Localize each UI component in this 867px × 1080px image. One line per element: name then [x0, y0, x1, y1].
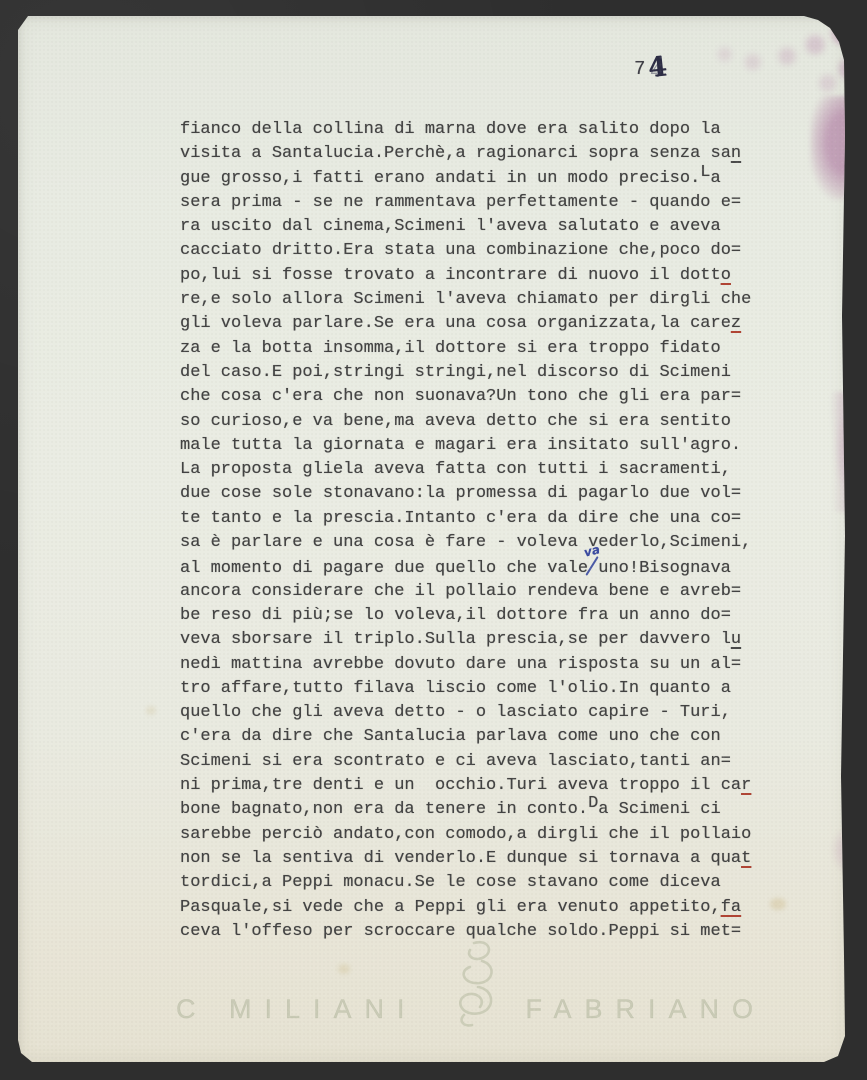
- typed-line: nedì mattina avrebbe dovuto dare una ris…: [180, 653, 751, 677]
- paper-page: C MILIANI FABRIANO 7 4 4 fianco della co…: [18, 16, 845, 1062]
- typed-text: non se la sentiva di venderlo.E dunque s…: [180, 849, 741, 868]
- typed-text-block: fianco della collina di marna dove era s…: [180, 118, 751, 944]
- typed-text: gue grosso,i fatti erano andati in un mo…: [180, 169, 700, 188]
- typed-line: za e la botta insomma,il dottore si era …: [180, 337, 751, 361]
- typed-line: sera prima - se ne rammentava perfettame…: [180, 191, 751, 215]
- typed-text: bone bagnato,non era da tenere in conto.: [180, 800, 588, 819]
- typed-line: quello che gli aveva detto - o lasciato …: [180, 701, 751, 725]
- typed-line: due cose sole stonavano:la promessa di p…: [180, 482, 751, 506]
- underlined-text: r: [741, 776, 751, 795]
- typed-line: te tanto e la prescia.Intanto c'era da d…: [180, 507, 751, 531]
- typed-text: male tutta la giornata e magari era insi…: [180, 436, 741, 455]
- typed-text: tro affare,tutto filava liscio come l'ol…: [180, 679, 731, 698]
- typed-line: po,lui si fosse trovato a incontrare di …: [180, 264, 751, 288]
- typed-text: al momento di pagare due quello che vale: [180, 559, 588, 578]
- typed-line: so curioso,e va bene,ma aveva detto che …: [180, 410, 751, 434]
- typed-line: c'era da dire che Santalucia parlava com…: [180, 725, 751, 749]
- typed-text: a Scimeni ci: [598, 800, 720, 819]
- typed-text: sarebbe perciò andato,con comodo,a dirgl…: [180, 825, 751, 844]
- typed-line: non se la sentiva di venderlo.E dunque s…: [180, 847, 751, 871]
- age-spot: [770, 898, 786, 910]
- pink-smudge-lower-right: [830, 824, 860, 876]
- typed-line: ra uscito dal cinema,Scimeni l'aveva sal…: [180, 215, 751, 239]
- typed-text: ceva l'offeso per scroccare qualche sold…: [180, 922, 741, 941]
- pink-stain-right-edge: [810, 96, 864, 200]
- typed-text: c'era da dire che Santalucia parlava com…: [180, 727, 721, 746]
- typed-line: ceva l'offeso per scroccare qualche sold…: [180, 920, 751, 944]
- watermark-text-left: C MILIANI: [176, 994, 418, 1025]
- page-number-handwritten: 4: [646, 51, 668, 84]
- age-spot: [338, 964, 350, 974]
- typed-text: gli voleva parlare.Se era una cosa organ…: [180, 314, 731, 333]
- typed-text: veva sborsare il triplo.Sulla prescia,se…: [180, 630, 731, 649]
- raised-letter: L: [700, 161, 710, 185]
- typed-text: uno!Bisognava: [598, 559, 731, 578]
- handwritten-insertion: va: [588, 555, 598, 572]
- underlined-text: n: [731, 144, 741, 163]
- typed-line: tro affare,tutto filava liscio come l'ol…: [180, 677, 751, 701]
- typed-text: za e la botta insomma,il dottore si era …: [180, 339, 721, 358]
- typed-line: che cosa c'era che non suonava?Un tono c…: [180, 385, 751, 409]
- typed-line: ancora considerare che il pollaio rendev…: [180, 580, 751, 604]
- underlined-text: u: [731, 630, 741, 649]
- typed-text: ra uscito dal cinema,Scimeni l'aveva sal…: [180, 217, 721, 236]
- typed-text: tordici,a Peppi monacu.Se le cose stavan…: [180, 873, 721, 892]
- typed-text: che cosa c'era che non suonava?Un tono c…: [180, 387, 741, 406]
- typed-line: bone bagnato,non era da tenere in conto.…: [180, 798, 751, 822]
- typed-text: cacciato dritto.Era stata una combinazio…: [180, 241, 741, 260]
- typed-text: del caso.E poi,stringi stringi,nel disco…: [180, 363, 731, 382]
- typed-line: gue grosso,i fatti erano andati in un mo…: [180, 167, 751, 191]
- typed-line: Pasquale,si vede che a Peppi gli era ven…: [180, 896, 751, 920]
- watermark-emblem-icon: [444, 937, 500, 1029]
- typed-line: veva sborsare il triplo.Sulla prescia,se…: [180, 628, 751, 652]
- typed-text: sera prima - se ne rammentava perfettame…: [180, 193, 741, 212]
- typed-text: po,lui si fosse trovato a incontrare di …: [180, 266, 721, 285]
- typed-text: visita a Santalucia.Perchè,a ragionarci …: [180, 144, 731, 163]
- typed-line: gli voleva parlare.Se era una cosa organ…: [180, 312, 751, 336]
- typed-text: fianco della collina di marna dove era s…: [180, 120, 721, 139]
- typed-text: a: [711, 169, 721, 188]
- typed-line: La proposta gliela aveva fatta con tutti…: [180, 458, 751, 482]
- typed-text: La proposta gliela aveva fatta con tutti…: [180, 460, 731, 479]
- pink-smudge-mid-right: [826, 392, 864, 512]
- typed-line: male tutta la giornata e magari era insi…: [180, 434, 751, 458]
- typed-line: cacciato dritto.Era stata una combinazio…: [180, 239, 751, 263]
- typed-text: Pasquale,si vede che a Peppi gli era ven…: [180, 898, 721, 917]
- raised-letter: D: [588, 792, 598, 816]
- typed-line: al momento di pagare due quello che vale…: [180, 555, 751, 579]
- page-number-typed: 7: [634, 58, 645, 80]
- typed-line: re,e solo allora Scimeni l'aveva chiamat…: [180, 288, 751, 312]
- typed-text: due cose sole stonavano:la promessa di p…: [180, 484, 741, 503]
- pink-stain-top-right: [706, 16, 862, 112]
- typed-line: tordici,a Peppi monacu.Se le cose stavan…: [180, 871, 751, 895]
- typed-line: sarebbe perciò andato,con comodo,a dirgl…: [180, 823, 751, 847]
- typed-text: ancora considerare che il pollaio rendev…: [180, 582, 741, 601]
- typed-text: Scimeni si era scontrato e ci aveva lasc…: [180, 752, 731, 771]
- typed-line: fianco della collina di marna dove era s…: [180, 118, 751, 142]
- paper-watermark: C MILIANI FABRIANO: [176, 974, 776, 1044]
- typed-text: re,e solo allora Scimeni l'aveva chiamat…: [180, 290, 751, 309]
- underlined-text: fa: [721, 898, 741, 917]
- typed-text: te tanto e la prescia.Intanto c'era da d…: [180, 509, 741, 528]
- underlined-text: t: [741, 849, 751, 868]
- scan-background: C MILIANI FABRIANO 7 4 4 fianco della co…: [0, 0, 867, 1080]
- typed-line: visita a Santalucia.Perchè,a ragionarci …: [180, 142, 751, 166]
- typed-text: so curioso,e va bene,ma aveva detto che …: [180, 412, 731, 431]
- age-spot: [146, 706, 156, 715]
- typed-text: be reso di più;se lo voleva,il dottore f…: [180, 606, 731, 625]
- typed-line: Scimeni si era scontrato e ci aveva lasc…: [180, 750, 751, 774]
- typed-text: ni prima,tre denti e un occhio.Turi avev…: [180, 776, 741, 795]
- typed-text: sa è parlare e una cosa è fare - voleva …: [180, 533, 751, 552]
- typed-line: sa è parlare e una cosa è fare - voleva …: [180, 531, 751, 555]
- typed-text: nedì mattina avrebbe dovuto dare una ris…: [180, 655, 741, 674]
- typed-line: del caso.E poi,stringi stringi,nel disco…: [180, 361, 751, 385]
- page-number: 7 4 4: [634, 58, 645, 94]
- watermark-text-right: FABRIANO: [526, 994, 767, 1025]
- underlined-text: z: [731, 314, 741, 333]
- typed-line: be reso di più;se lo voleva,il dottore f…: [180, 604, 751, 628]
- typed-line: ni prima,tre denti e un occhio.Turi avev…: [180, 774, 751, 798]
- underlined-text: o: [721, 266, 731, 285]
- typed-text: quello che gli aveva detto - o lasciato …: [180, 703, 731, 722]
